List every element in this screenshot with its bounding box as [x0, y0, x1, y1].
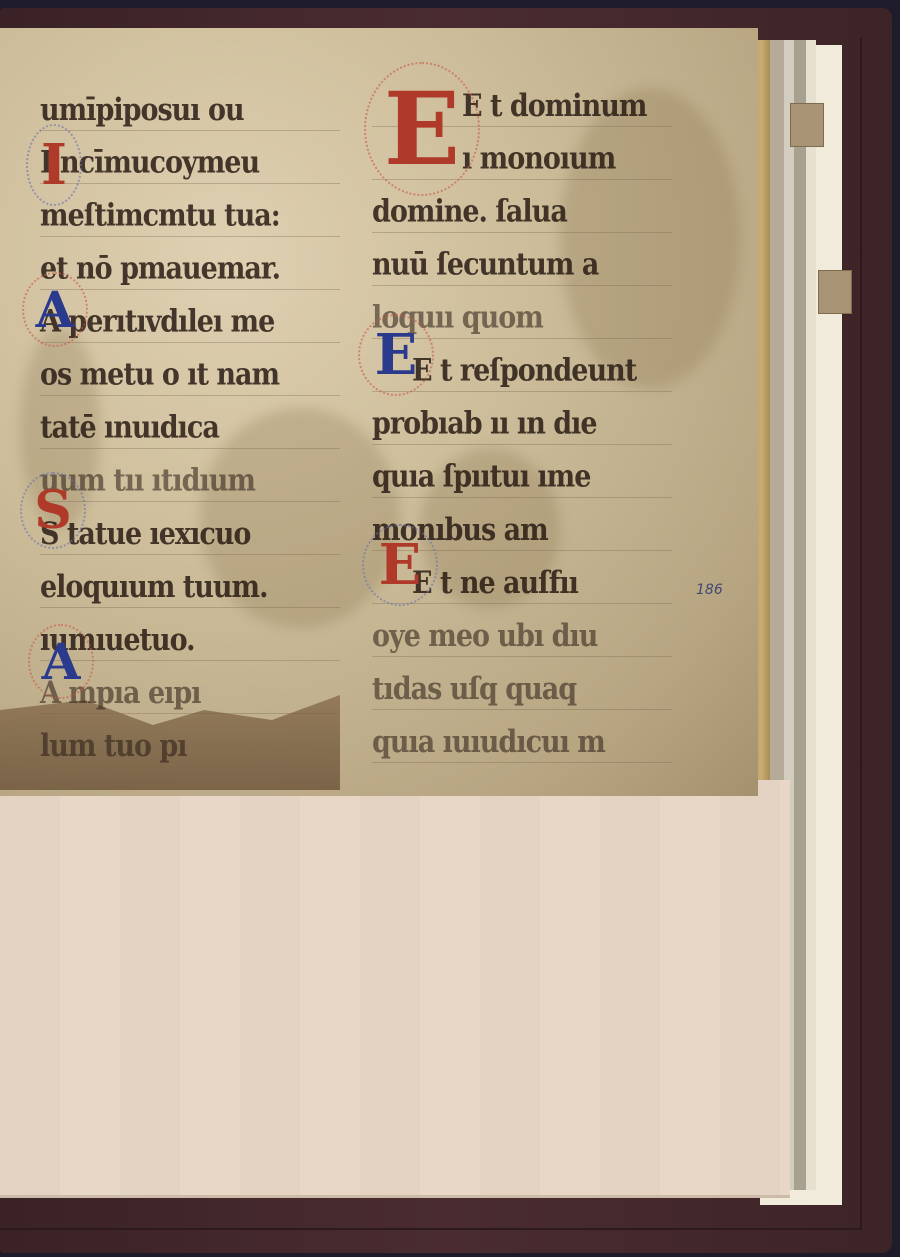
line-text: meſtimcmtu tua:: [40, 198, 280, 243]
line-text: umīpiposuı ou: [40, 92, 244, 137]
initial-E-red-large: E: [372, 70, 472, 188]
text-line: meſtimcmtu tua:: [40, 190, 340, 243]
text-line: quıa ıuıudıcuı m: [372, 716, 672, 769]
text-line: oye meo ubı dıu: [372, 610, 672, 663]
text-line: tatē ınuıdıca: [40, 402, 340, 455]
line-text: quıa ıuıudıcuı m: [372, 724, 605, 769]
text-line: tıdas uſq quaq: [372, 663, 672, 716]
line-text: quıa ſpııtuı ıme: [372, 459, 590, 504]
text-line: eloquıum tuum.: [40, 561, 340, 614]
text-line: uum tıı ıtıdıum: [40, 455, 340, 508]
paper-mount: [0, 780, 790, 1198]
leaf-edge: [794, 40, 806, 1190]
line-text: domine. ſalua: [372, 194, 567, 239]
initial-E-blue: E: [366, 322, 426, 388]
guard-tab: [818, 270, 852, 314]
line-text: eloquıum tuum.: [40, 569, 268, 614]
initial-A-blue: A: [30, 280, 80, 339]
text-line: nuū ſecuntum a: [372, 239, 672, 292]
folio-number: 186: [696, 582, 723, 598]
text-line: umīpiposuı ou: [40, 84, 340, 137]
line-text: probıab ıı ın dıe: [372, 406, 597, 451]
text-line: quıa ſpııtuı ıme: [372, 451, 672, 504]
line-text: tatē ınuıdıca: [40, 410, 219, 455]
text-line: probıab ıı ın dıe: [372, 398, 672, 451]
line-text: oye meo ubı dıu: [372, 618, 597, 663]
leaf-edge: [806, 40, 816, 1190]
line-text: lum tuo pı: [40, 728, 187, 773]
line-text: os metu o ıt nam: [40, 357, 279, 402]
line-text: tıdas uſq quaq: [372, 671, 576, 716]
text-line: os metu o ıt nam: [40, 349, 340, 402]
guard-tab: [790, 103, 824, 147]
initial-I-red: I: [34, 132, 74, 198]
text-line: I ncīmucoymeu: [40, 137, 340, 190]
text-line: et nō pmauemar.: [40, 243, 340, 296]
initial-S-red: S: [28, 480, 78, 541]
line-text: nuū ſecuntum a: [372, 247, 598, 292]
initial-A-blue: A: [36, 632, 86, 691]
text-line: lum tuo pı: [40, 720, 340, 773]
initial-E-red: E: [370, 532, 430, 598]
